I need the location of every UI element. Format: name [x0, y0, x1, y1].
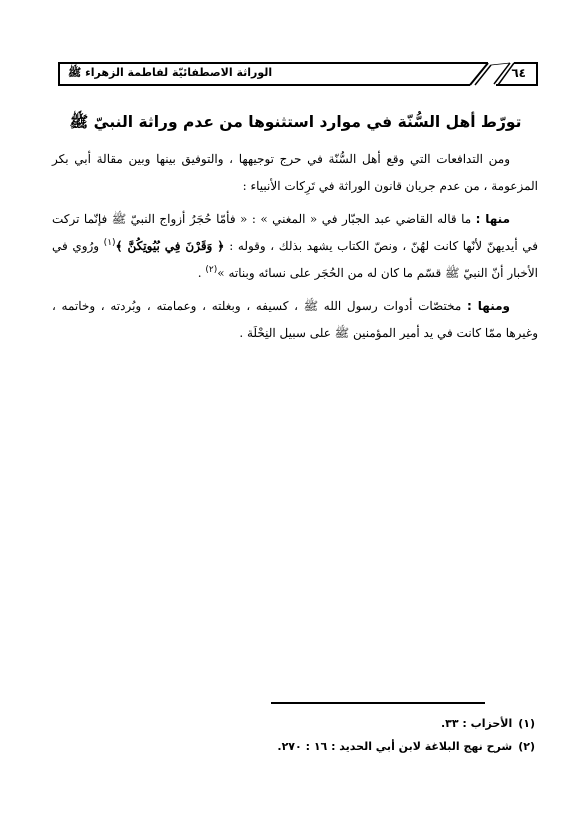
book-page: الوراثة الاصطفائيّة لفاطمة الزهراء ﷺ ٦٤ …: [0, 0, 580, 839]
footnote-number: (٢): [518, 740, 535, 753]
paragraph-intro: ومن التدافعات التي وقع أهل السُّنّة في ح…: [52, 146, 538, 200]
paragraph-minha-2: ومنها : مختصّات أدوات رسول الله ﷺ ، كسيف…: [52, 293, 538, 347]
page-number: ٦٤: [511, 64, 526, 82]
paragraph-lead: ومنها :: [467, 299, 510, 313]
footnote-ref-1[interactable]: (١): [104, 238, 116, 248]
footnote-ref-2[interactable]: (٢): [205, 265, 217, 275]
section-heading: تورّط أهل السُّنّة في موارد استثنوها من …: [55, 110, 536, 134]
footnotes: (١)الأحزاب : ٣٣. (٢)شرح نهج البلاغة لابن…: [150, 712, 535, 758]
footnote-number: (١): [518, 717, 535, 730]
paragraph-text: مختصّات أدوات رسول الله ﷺ ، كسيفه ، وبغل…: [52, 299, 538, 340]
quran-verse: ﴿ وَقَرْنَ فِي بُيُوتِكُنَّ ﴾: [116, 239, 230, 253]
body-text: ومن التدافعات التي وقع أهل السُّنّة في ح…: [52, 146, 538, 353]
running-header: الوراثة الاصطفائيّة لفاطمة الزهراء ﷺ ٦٤: [58, 62, 538, 86]
footnote-text: شرح نهج البلاغة لابن أبي الحديد : ١٦ : ٢…: [277, 740, 512, 753]
footnote-text: الأحزاب : ٣٣.: [441, 717, 512, 730]
paragraph-lead: منها :: [476, 212, 510, 226]
footnote-separator: [271, 702, 485, 704]
footnote-1: (١)الأحزاب : ٣٣.: [150, 712, 535, 735]
paragraph-minha-1: منها : ما قاله القاضي عبد الجبّار في « ا…: [52, 206, 538, 287]
paragraph-text: ومن التدافعات التي وقع أهل السُّنّة في ح…: [52, 152, 538, 193]
footnote-2: (٢)شرح نهج البلاغة لابن أبي الحديد : ١٦ …: [150, 735, 535, 758]
book-title: الوراثة الاصطفائيّة لفاطمة الزهراء ﷺ: [68, 64, 272, 82]
